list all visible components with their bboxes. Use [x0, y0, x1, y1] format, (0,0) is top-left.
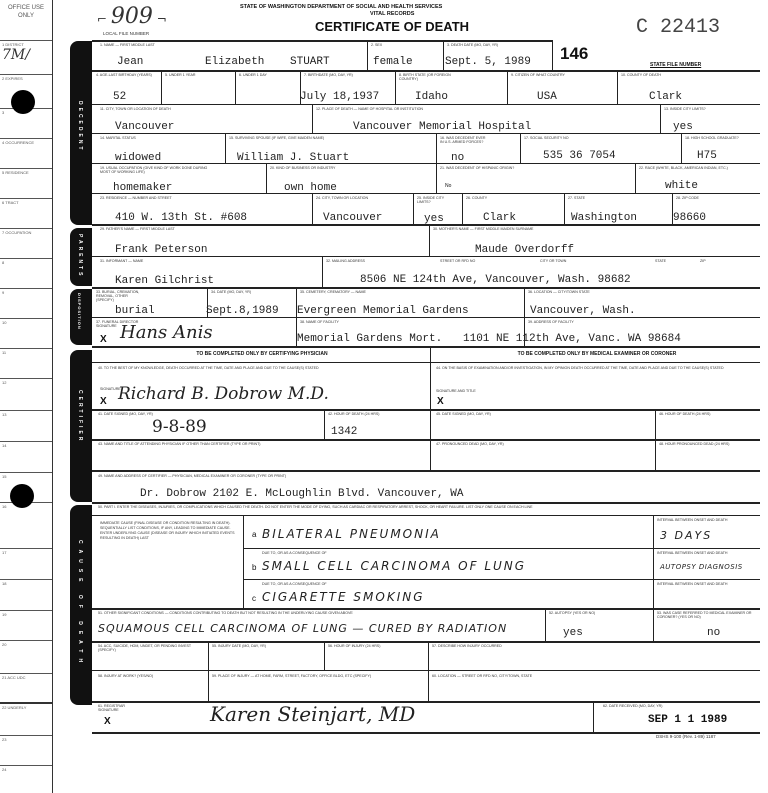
section-tab-disposition: DISPOSITION [70, 289, 92, 345]
res-inside-value[interactable]: yes [424, 213, 444, 225]
injury-location-label: 60. LOCATION — STREET OR RFD NO, CITY/TO… [432, 674, 532, 678]
registrar-label: 61. REGISTRAR SIGNATURE [98, 704, 138, 712]
industry-label: 20. KIND OF BUSINESS OR INDUSTRY [270, 166, 335, 170]
facility-value[interactable]: Memorial Gardens Mort. [297, 333, 442, 345]
res-city-label: 24. CITY, TOWN OR LOCATION [316, 196, 368, 200]
margin-8: 8 [0, 258, 52, 288]
birthdate-label: 7. BIRTHDATE (Mo, Day, Yr) [304, 73, 353, 77]
industry-value[interactable]: own home [284, 182, 337, 194]
addr-col-city: CITY OR TOWN [540, 259, 566, 263]
examiner-date-label: 45. DATE SIGNED (Mo, Day, Yr) [436, 412, 491, 416]
margin-16: 16 [0, 502, 52, 548]
margin-20: 20 [0, 640, 52, 673]
facility-label: 38. NAME OF FACILITY [300, 320, 339, 324]
disposition-date-value[interactable]: Sept.8,1989 [206, 305, 279, 317]
line-c-marker: c [252, 594, 256, 603]
due-to-label-c: DUE TO, OR AS A CONSEQUENCE OF [262, 582, 327, 586]
cause-line-a[interactable]: BILATERAL PNEUMONIA [262, 527, 441, 541]
margin-underly: 22 UNDERLY [0, 702, 52, 735]
margin-district: 1 DISTRICT7M/ [0, 40, 52, 74]
autopsy-label: 52. AUTOPSY (Yes or No) [549, 611, 595, 615]
margin-12: 12 [0, 378, 52, 410]
race-value[interactable]: white [665, 180, 698, 192]
inside-city-value[interactable]: yes [673, 121, 693, 133]
birthplace-value[interactable]: Idaho [415, 91, 448, 103]
addr-col-state: STATE [655, 259, 666, 263]
zip-value[interactable]: 98660 [673, 212, 706, 224]
res-city-value[interactable]: Vancouver [323, 212, 382, 224]
interval-b-label: INTERVAL BETWEEN ONSET AND DEATH [657, 551, 757, 555]
physician-banner: TO BE COMPLETED ONLY BY CERTIFYING PHYSI… [97, 351, 427, 357]
occupation-value[interactable]: homemaker [113, 182, 172, 194]
me-referred-value[interactable]: no [707, 627, 720, 639]
age-label: 4. AGE-LAST BIRTHDAY (YEARS) [96, 73, 156, 77]
date-signed-value[interactable]: 9-8-89 [152, 417, 207, 437]
county-death-value[interactable]: Clark [649, 91, 682, 103]
cemetery-label: 35. CEMETERY, CREMATORY — NAME [300, 290, 366, 294]
examiner-signature-label: SIGNATURE AND TITLE [436, 389, 476, 393]
margin-10: 10 [0, 318, 52, 348]
margin-14: 14 [0, 441, 52, 472]
me-referred-label: 53. WAS CASE REFERRED TO MEDICAL EXAMINE… [657, 611, 757, 619]
birthdate-value[interactable]: July 18,1937 [300, 91, 379, 103]
marital-value[interactable]: widowed [115, 152, 161, 164]
disposition-location-label: 36. LOCATION — CITY/TOWN STATE [528, 290, 590, 294]
line-a-marker: a [252, 530, 256, 539]
first-name[interactable]: Jean [117, 56, 143, 68]
facility-addr-label: 39. ADDRESS OF FACILITY [528, 320, 574, 324]
spouse-label: 15. SURVIVING SPOUSE (If wife, give maid… [229, 136, 324, 140]
ssn-value[interactable]: 535 36 7054 [543, 150, 616, 162]
place-death-value[interactable]: Vancouver Memorial Hospital [353, 121, 531, 133]
date-signed-label: 41. DATE SIGNED (Mo, Day, Yr) [98, 412, 153, 416]
examiner-signature-x[interactable]: X [437, 396, 444, 407]
citizen-label: 9. CITIZEN OF WHAT COUNTRY [511, 73, 565, 77]
father-value[interactable]: Frank Peterson [115, 244, 207, 256]
city-death-value[interactable]: Vancouver [115, 121, 174, 133]
name-label: 1. NAME — FIRST MIDDLE LAST [100, 43, 155, 47]
interval-a-label: INTERVAL BETWEEN ONSET AND DEATH [657, 518, 757, 522]
disposition-method-label: 33. BURIAL, CREMATION, REMOVAL, OTHER (S… [96, 290, 146, 302]
citizen-value[interactable]: USA [537, 91, 557, 103]
interval-c-label: INTERVAL BETWEEN ONSET AND DEATH [657, 582, 757, 586]
office-use-column: OFFICE USE ONLY 1 DISTRICT7M/ 2 EXPIRES … [0, 0, 53, 793]
part2-value[interactable]: SQUAMOUS CELL CARCINOMA OF LUNG — CURED … [98, 622, 507, 635]
injury-place-label: 59. PLACE OF INJURY — AT HOME, FARM, STR… [212, 674, 412, 678]
margin-acc: 21 ACC UDC [0, 673, 52, 702]
informant-label: 31. INFORMANT — NAME [100, 259, 143, 263]
part1-label: 50. PART I. ENTER THE DISEASES, INJURIES… [98, 505, 748, 509]
res-state-label: 27. STATE [568, 196, 585, 200]
occupation-label: 19. USUAL OCCUPATION (Give kind of work … [100, 166, 210, 174]
document-title: CERTIFICATE OF DEATH [315, 19, 469, 34]
education-value[interactable]: H75 [697, 150, 717, 162]
autopsy-value[interactable]: yes [563, 627, 583, 639]
examiner-hour-label: 46. HOUR OF DEATH (24 hrs) [659, 412, 759, 416]
hour-death-value[interactable]: 1342 [331, 426, 357, 438]
hour-death-label: 42. HOUR OF DEATH (24 hrs) [328, 412, 379, 416]
pronounced-hour-label: 48. HOUR PRONOUNCED DEAD (24 hrs) [659, 442, 754, 446]
cause-line-c[interactable]: CIGARETTE SMOKING [262, 590, 425, 604]
certificate-number: C 22413 [636, 16, 720, 39]
res-inside-label: 25. INSIDE CITY LIMITS? [417, 196, 445, 204]
margin-tract: 6 TRACT [0, 198, 52, 228]
registrar-signature: Karen Steinjart, MD [210, 702, 415, 726]
place-death-label: 12. PLACE OF DEATH — Name of hospital or… [316, 107, 616, 111]
part2-label: 51. OTHER SIGNIFICANT CONDITIONS — CONDI… [98, 611, 538, 615]
cause-line-b[interactable]: SMALL CELL CARCINOMA OF LUNG [262, 559, 526, 573]
facility-addr-value[interactable]: 1101 NE 112th Ave, Vanc. WA 98684 [463, 333, 681, 345]
examiner-statement: 44. ON THE BASIS OF EXAMINATION AND/OR I… [436, 366, 756, 370]
margin-13: 13 [0, 410, 52, 441]
office-use-label: OFFICE USE ONLY [0, 0, 52, 34]
addr-col-zip: ZIP [700, 259, 706, 263]
under-1-day-label: 6. UNDER 1 DAY [239, 73, 267, 77]
cemetery-value[interactable]: Evergreen Memorial Gardens [297, 305, 469, 317]
funeral-director-x: X [100, 334, 107, 345]
margin-23: 23 [0, 735, 52, 765]
manner-label: 54. ACC, SUICIDE, HOM, UNDET, OR PENDING… [98, 644, 198, 652]
attending-physician-label: 43. NAME AND TITLE OF ATTENDING PHYSICIA… [98, 442, 418, 446]
race-label: 22. RACE (White, Black, American Indian,… [639, 166, 749, 170]
physician-signature: Richard B. Dobrow M.D. [118, 384, 329, 404]
age-value[interactable]: 52 [113, 91, 126, 103]
margin-24: 24 [0, 765, 52, 793]
margin-19: 19 [0, 610, 52, 640]
armed-forces-value[interactable]: no [451, 152, 464, 164]
state-file-label: STATE FILE NUMBER [650, 62, 701, 68]
date-received-stamp: SEP 1 1 1989 [648, 714, 727, 726]
inside-city-label: 13. INSIDE CITY LIMITS? [664, 107, 754, 111]
hispanic-value[interactable]: No [445, 183, 451, 189]
margin-occurrence: 4 OCCURRENCE [0, 138, 52, 168]
examiner-banner: TO BE COMPLETED ONLY BY MEDICAL EXAMINER… [434, 351, 760, 357]
punch-hole-icon [10, 484, 34, 508]
res-county-value[interactable]: Clark [483, 212, 516, 224]
sex-label: 2. SEX [371, 43, 382, 47]
residence-label: 23. RESIDENCE — NUMBER AND STREET [100, 196, 172, 200]
interval-a-value[interactable]: 3 DAYS [660, 529, 712, 542]
mother-label: 30. MOTHER'S NAME — FIRST MIDDLE MAIDEN … [433, 227, 533, 231]
addr-col-street: STREET OR RFD NO [440, 259, 475, 263]
mother-value[interactable]: Maude Overdorff [475, 244, 574, 256]
informant-value[interactable]: Karen Gilchrist [115, 275, 214, 287]
punch-hole-icon [11, 90, 35, 114]
mailing-label: 32. MAILING ADDRESS [326, 259, 365, 263]
city-death-label: 11. CITY, TOWN OR LOCATION OF DEATH [100, 107, 171, 111]
armed-forces-label: 16. WAS DECEDENT EVER IN U.S. ARMED FORC… [440, 136, 490, 144]
section-tab-cause-of-death: CAUSE OF DEATH [70, 505, 92, 705]
margin-18: 18 [0, 579, 52, 610]
local-file-label: LOCAL FILE NUMBER [103, 32, 149, 36]
district-value: 7M/ [2, 47, 50, 63]
margin-11: 11 [0, 348, 52, 378]
margin-occupation: 7 OCCUPATION [0, 228, 52, 258]
injury-hour-label: 56. HOUR OF INJURY (24 hrs) [328, 644, 380, 648]
physician-signature-x: X [100, 396, 107, 407]
section-tab-decedent: DECEDENT [70, 41, 92, 225]
date-received-label: 62. DATE RECEIVED (Mo, Day, Yr) [603, 704, 662, 708]
funeral-director-signature: Hans Anis [120, 322, 213, 343]
res-state-value[interactable]: Washington [571, 212, 637, 224]
physician-statement: 40. TO THE BEST OF MY KNOWLEDGE, DEATH O… [98, 366, 423, 370]
disposition-method-value[interactable]: burial [115, 305, 155, 317]
res-county-label: 26. COUNTY [466, 196, 487, 200]
margin-residence: 5 RESIDENCE [0, 168, 52, 198]
death-date-value[interactable]: Sept. 5, 1989 [445, 56, 531, 68]
residence-value[interactable]: 410 W. 13th St. #608 [115, 212, 247, 224]
hispanic-label: 21. Was decedent of Hispanic Origin? [440, 166, 620, 170]
margin-17: 17 [0, 548, 52, 579]
due-to-label-b: DUE TO, OR AS A CONSEQUENCE OF [262, 551, 327, 555]
agency-name: STATE OF WASHINGTON DEPARTMENT OF SOCIAL… [240, 4, 442, 10]
education-label: 18. HIGH SCHOOL GRADUATE? [685, 136, 745, 140]
death-date-label: 3. DEATH DATE (Mo, Day, Yr) [447, 43, 498, 47]
zip-label: 28. ZIP CODE [676, 196, 699, 200]
under-1-year-label: 5. UNDER 1 YEAR [165, 73, 196, 77]
county-death-label: 10. COUNTY OF DEATH [621, 73, 661, 77]
certifier-address-value[interactable]: Dr. Dobrow 2102 E. McLoughlin Blvd. Vanc… [140, 488, 463, 500]
local-file-number: ⌐ 909 ¬ [97, 4, 167, 29]
margin-9: 9 [0, 288, 52, 318]
certifier-address-label: 49. NAME AND ADDRESS OF CERTIFIER — PHYS… [98, 474, 738, 478]
sex-value[interactable]: female [373, 56, 413, 68]
disposition-location-value[interactable]: Vancouver, Wash. [530, 305, 636, 317]
registration-code: 146 [560, 44, 588, 64]
injury-date-label: 55. INJURY DATE (Mo, Day, Yr) [212, 644, 266, 648]
marital-label: 14. MARITAL STATUS [100, 136, 160, 140]
middle-name[interactable]: Elizabeth [205, 56, 264, 68]
birthplace-label: 8. BIRTH STATE (or Foreign Country) [399, 73, 459, 81]
registrar-x: X [104, 716, 111, 727]
pronounced-label: 47. PRONOUNCED DEAD (Mo, Day, Yr) [436, 442, 504, 446]
last-name[interactable]: STUART [290, 56, 330, 68]
ssn-label: 17. SOCIAL SECURITY NO [524, 136, 569, 140]
disposition-date-label: 34. DATE (Mo, Day, Yr) [211, 290, 251, 294]
cause-instructions: IMMEDIATE CAUSE (Final disease or condit… [100, 521, 235, 541]
form-code: DSHS 9-100 (Rev. 1-89) 1187 [656, 734, 716, 739]
at-work-label: 58. INJURY AT WORK? (Yes/No) [98, 674, 153, 678]
father-label: 29. FATHER'S NAME — FIRST MIDDLE LAST [100, 227, 175, 231]
section-tab-certifier: CERTIFIER [70, 350, 92, 502]
spouse-value[interactable]: William J. Stuart [237, 152, 349, 164]
injury-desc-label: 57. DESCRIBE HOW INJURY OCCURRED [432, 644, 502, 648]
line-b-marker: b [252, 563, 256, 572]
division-name: VITAL RECORDS [370, 11, 414, 17]
mailing-value[interactable]: 8506 NE 124th Ave, Vancouver, Wash. 9868… [360, 274, 631, 286]
interval-b-value[interactable]: AUTOPSY DIAGNOSIS [660, 563, 743, 571]
section-tab-parents: PARENTS [70, 228, 92, 286]
